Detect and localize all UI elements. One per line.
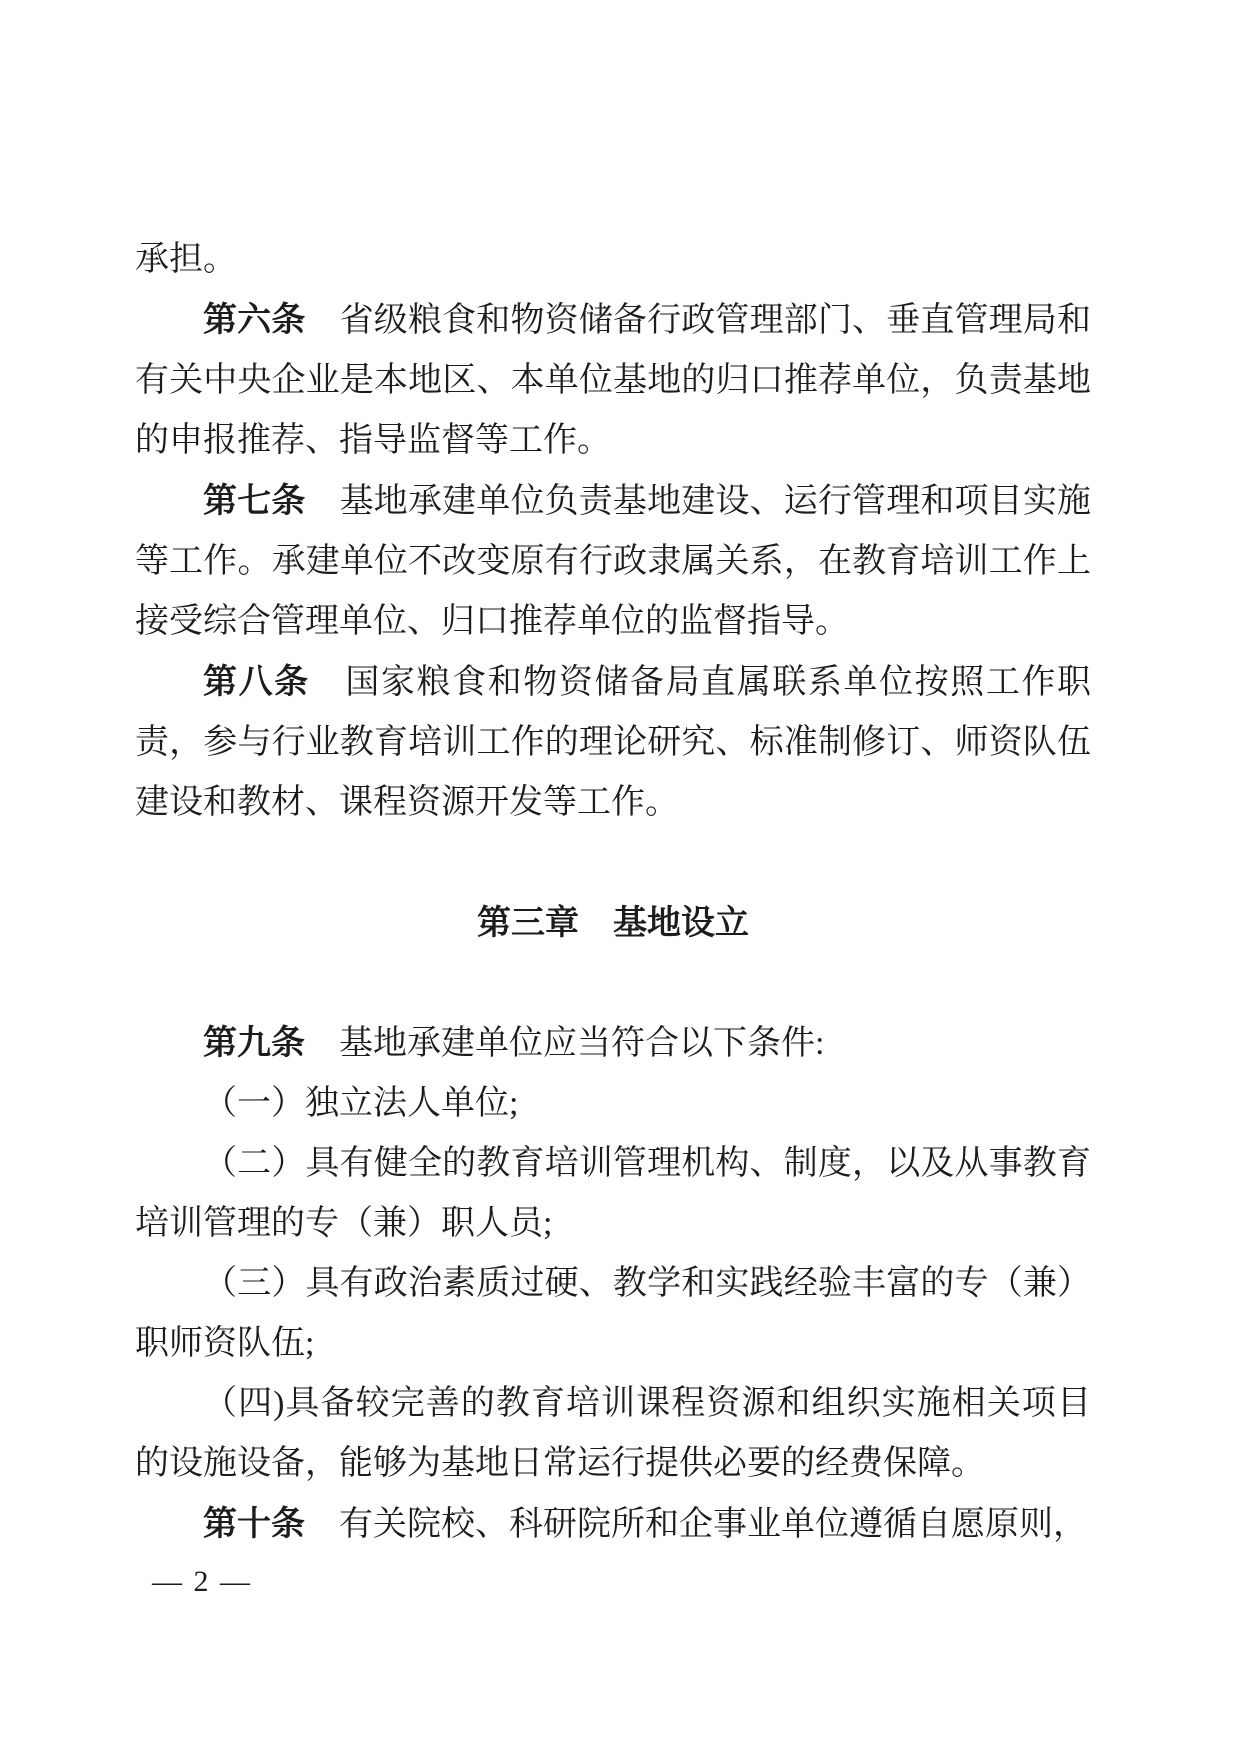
body-text: （一）独立法人单位;	[203, 1085, 518, 1122]
article-9-item-4: （四)具备较完善的教育培训课程资源和组织实施相关项目的设施设备，能够为基地日常运…	[135, 1374, 1091, 1494]
paragraph-carryover: 承担。	[135, 230, 1091, 290]
article-number: 第十条	[203, 1505, 305, 1543]
article-8: 第八条 国家粮食和物资储备局直属联系单位按照工作职责，参与行业教育培训工作的理论…	[135, 652, 1091, 833]
body-text: 基地承建单位应当符合以下条件:	[305, 1025, 824, 1062]
chapter-3-heading: 第三章 基地设立	[135, 893, 1091, 953]
article-number: 第九条	[203, 1024, 305, 1062]
article-9-item-1: （一）独立法人单位;	[135, 1074, 1091, 1134]
body-text: （三）具有政治素质过硬、教学和实践经验丰富的专（兼）职师资队伍;	[135, 1265, 1091, 1362]
article-9: 第九条 基地承建单位应当符合以下条件:	[135, 1013, 1091, 1074]
body-text: （二）具有健全的教育培训管理机构、制度，以及从事教育培训管理的专（兼）职人员;	[135, 1145, 1091, 1242]
document-body: 承担。第六条 省级粮食和物资储备行政管理部门、垂直管理局和有关中央企业是本地区、…	[135, 230, 1091, 1555]
article-7: 第七条 基地承建单位负责基地建设、运行管理和项目实施等工作。承建单位不改变原有行…	[135, 471, 1091, 652]
page-number: — 2 —	[152, 1565, 252, 1599]
article-6: 第六条 省级粮食和物资储备行政管理部门、垂直管理局和有关中央企业是本地区、本单位…	[135, 290, 1091, 471]
article-10: 第十条 有关院校、科研院所和企事业单位遵循自愿原则，	[135, 1494, 1091, 1555]
article-number: 第七条	[203, 482, 305, 520]
article-9-item-2: （二）具有健全的教育培训管理机构、制度，以及从事教育培训管理的专（兼）职人员;	[135, 1134, 1091, 1254]
article-number: 第八条	[203, 663, 310, 701]
body-text: 有关院校、科研院所和企事业单位遵循自愿原则，	[305, 1506, 1087, 1543]
document-page: 承担。第六条 省级粮食和物资储备行政管理部门、垂直管理局和有关中央企业是本地区、…	[0, 0, 1240, 1754]
article-number: 第六条	[203, 301, 305, 339]
body-text: 承担。	[135, 241, 237, 278]
article-9-item-3: （三）具有政治素质过硬、教学和实践经验丰富的专（兼）职师资队伍;	[135, 1254, 1091, 1374]
body-text: （四)具备较完善的教育培训课程资源和组织实施相关项目的设施设备，能够为基地日常运…	[135, 1385, 1091, 1482]
